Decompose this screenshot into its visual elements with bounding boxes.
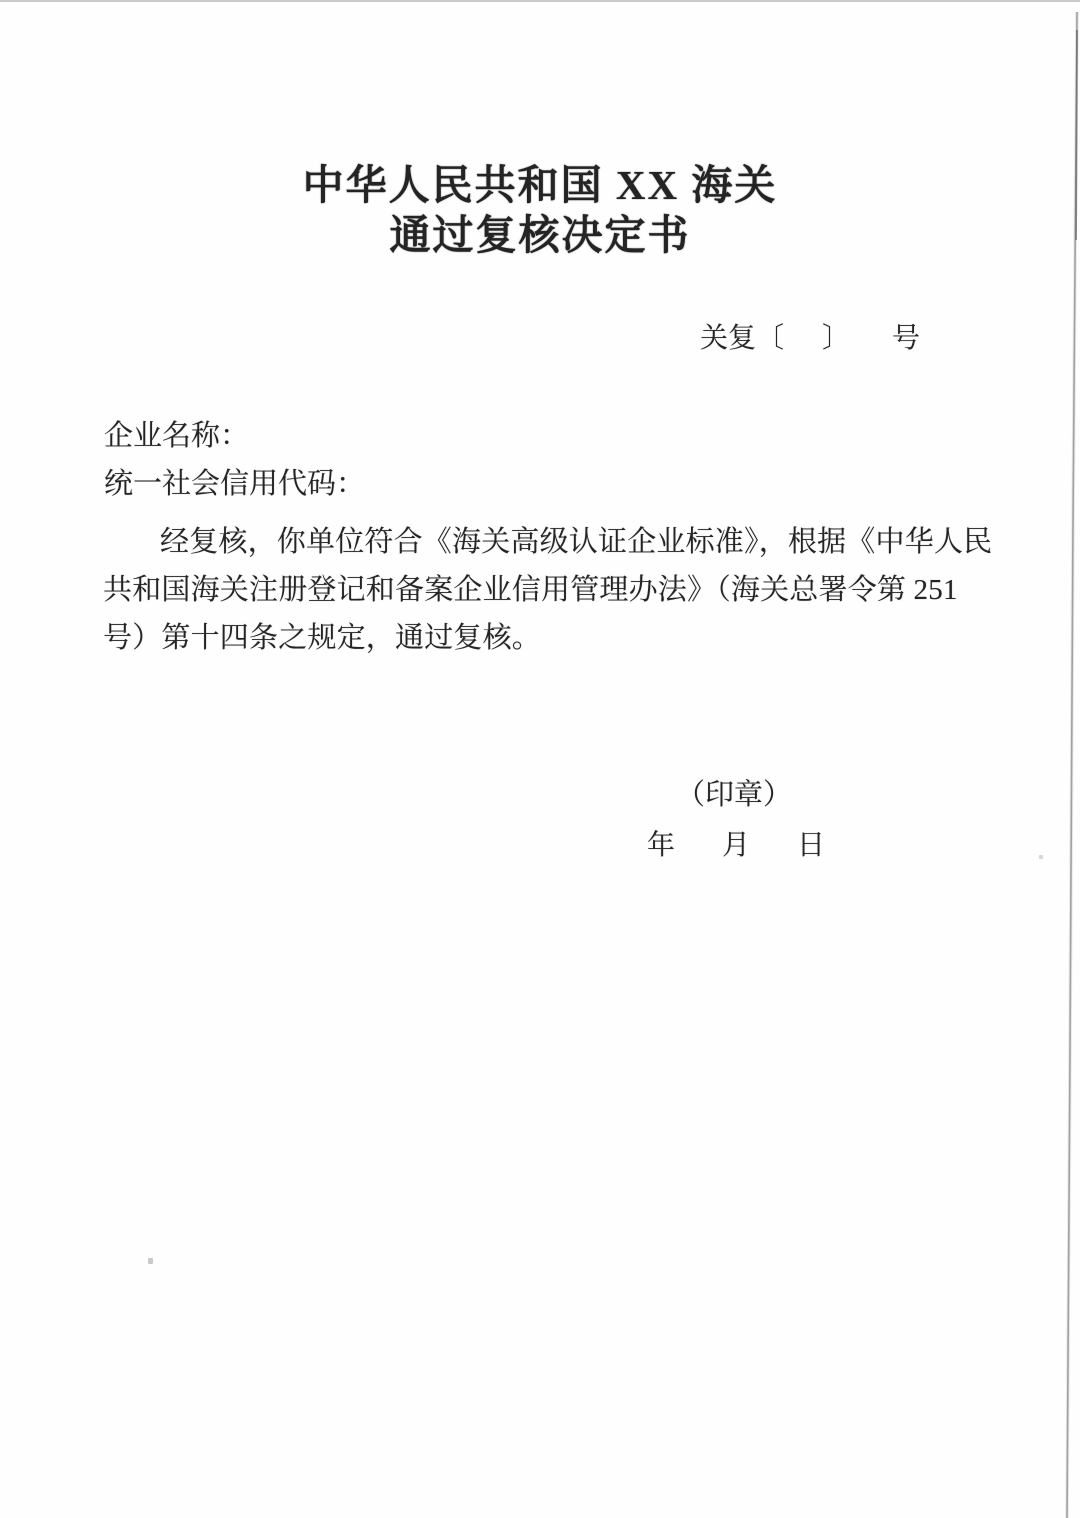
body-line: 共和国海关注册登记和备案企业信用管理办法》（海关总署令第 251 <box>103 566 1033 614</box>
date-year-label: 年 <box>647 831 675 862</box>
document-title: 中华人民共和国 XX 海关 通过复核决定书 <box>0 160 1080 260</box>
credit-code-label: 统一社会信用代码： <box>104 469 365 501</box>
document-number-line: 关复〔 〕 号 <box>700 323 920 355</box>
company-name-label: 企业名称： <box>104 421 249 453</box>
date-month-label: 月 <box>722 831 750 862</box>
date-day-label: 日 <box>797 831 825 862</box>
body-line: 经复核，你单位符合《海关高级认证企业标准》，根据《中华人民 <box>103 518 1033 566</box>
scan-speck <box>148 1258 153 1264</box>
doc-number-close-bracket: 〕 <box>822 323 850 355</box>
scan-top-edge-artifact <box>0 0 1080 2</box>
body-paragraph: 经复核，你单位符合《海关高级认证企业标准》，根据《中华人民 共和国海关注册登记和… <box>103 518 1033 662</box>
scan-speck <box>1039 855 1043 859</box>
document-title-line1: 中华人民共和国 XX 海关 <box>0 160 1080 210</box>
date-line: 年 月 日 <box>647 831 825 862</box>
document-page: 中华人民共和国 XX 海关 通过复核决定书 关复〔 〕 号 企业名称： 统一社会… <box>0 0 1080 1518</box>
seal-placeholder: （印章） <box>676 780 792 812</box>
document-title-line2: 通过复核决定书 <box>0 210 1080 260</box>
doc-number-suffix: 号 <box>892 323 920 355</box>
doc-number-prefix: 关复〔 <box>700 323 784 355</box>
body-line: 号）第十四条之规定，通过复核。 <box>103 614 1033 662</box>
